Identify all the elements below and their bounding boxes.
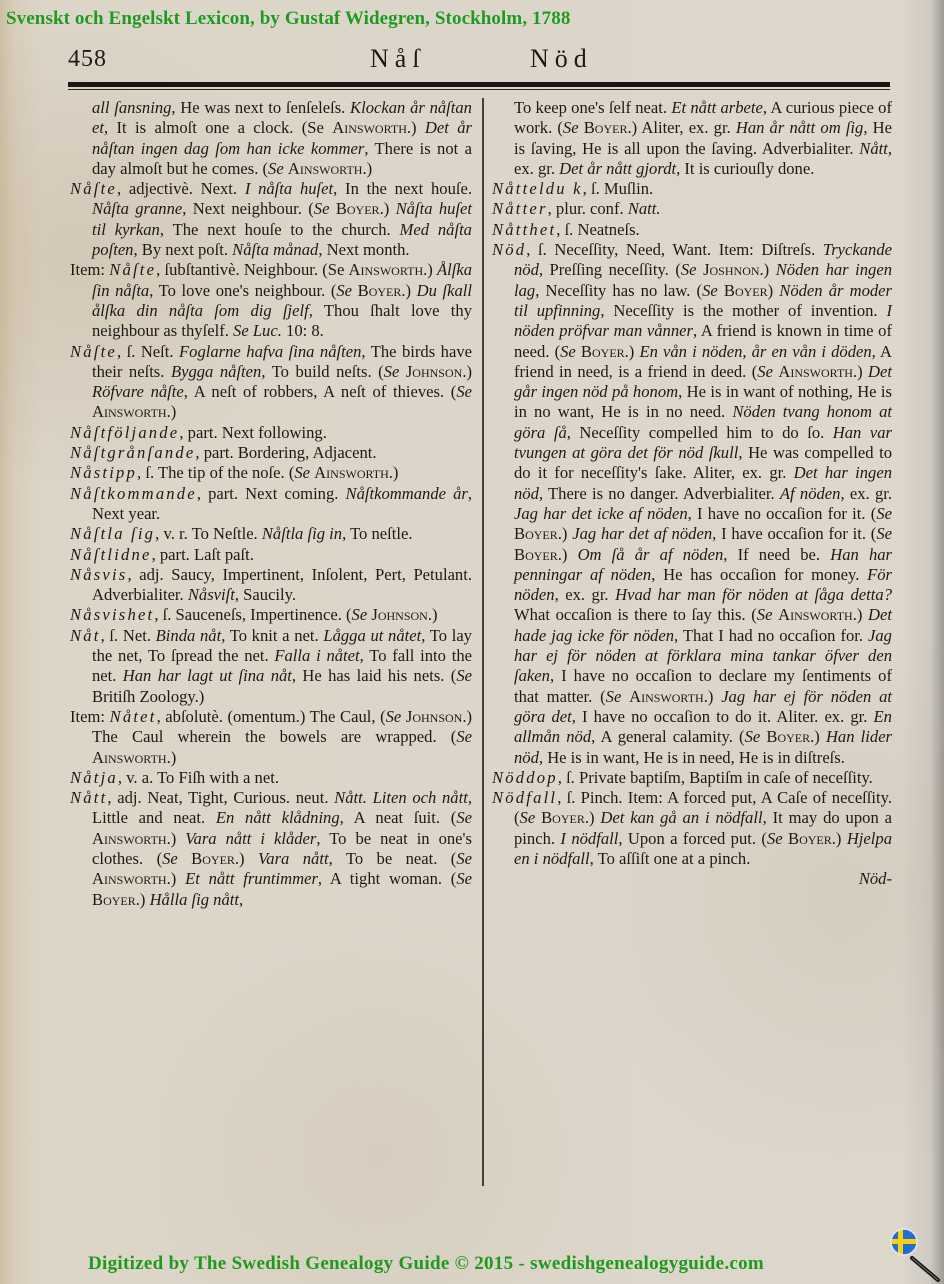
dictionary-entry: Nöddop, ſ. Private baptiſm, Baptiſm in c…: [492, 768, 892, 788]
gloss-text: , To aſſiſt one at a pinch.: [590, 849, 751, 868]
gloss-text: , It is almoſt one a clock. (Se: [104, 118, 332, 137]
source-banner: Svenskt och Engelskt Lexicon, by Gustaf …: [6, 8, 570, 30]
gloss-text: .): [810, 727, 826, 746]
gloss-text: , ſ. Sauceneſs, Impertinence. (: [154, 605, 351, 624]
dictionary-entry: Nått, adj. Neat, Tight, Curious. neut. N…: [70, 788, 472, 910]
gloss-text: , Next neighbour. (: [182, 199, 314, 218]
swedish-example: Om ſå år af nöden: [578, 545, 724, 564]
swedish-example: Se: [162, 849, 191, 868]
dictionary-entry: Nåsvishet, ſ. Sauceneſs, Impertinence. (…: [70, 605, 472, 625]
swedish-example: Han år nått om ſig: [736, 118, 864, 137]
gloss-text: , part. Next following.: [179, 423, 326, 442]
headword: Nått: [70, 788, 107, 807]
gloss-text: , ſ. Private baptiſm, Baptiſm in caſe of…: [558, 768, 873, 787]
source-citation: Boyer: [92, 890, 136, 909]
source-citation: Ainsworth: [332, 118, 407, 137]
digitized-footer: Digitized by The Swedish Genealogy Guide…: [88, 1253, 764, 1275]
swedish-example: Han har lagt ut ſina nåt: [123, 666, 292, 685]
swedish-example: Nåsviſt: [188, 585, 235, 604]
swedish-example: Foglarne hafva ſina nåſten: [179, 342, 361, 361]
source-citation: Ainsworth: [349, 260, 424, 279]
headword: Nödfall: [492, 788, 557, 807]
swedish-example: Se: [336, 281, 357, 300]
swedish-example: Nåſtla ſig in: [262, 524, 342, 543]
headword: Nåtteldu k: [492, 179, 583, 198]
swedish-example: Et nått arbete: [671, 98, 763, 117]
swedish-example: Binda nåt: [156, 626, 222, 645]
swedish-example: Det år nått gjordt: [559, 159, 676, 178]
swedish-example: Vara nått i klåder: [185, 829, 316, 848]
dictionary-entry: Nåſtgrånſande, part. Bordering, Adjacent…: [70, 443, 472, 463]
swedish-example: I nåſta huſet: [245, 179, 333, 198]
gloss-text: , He has laid his nets. (: [292, 666, 456, 685]
dictionary-entry: Nåtthet, ſ. Neatneſs.: [492, 220, 892, 240]
gloss-text: , If need be.: [723, 545, 830, 564]
source-citation: Boyer: [336, 199, 380, 218]
headword: Nåtter: [492, 199, 548, 218]
swedish-example: Lågga ut nåtet: [323, 626, 421, 645]
source-citation: Boyer: [788, 829, 832, 848]
gloss-text: , v. r. To Neſtle.: [155, 524, 262, 543]
headword: Nåſtkommande: [70, 484, 197, 503]
header-rule: [68, 82, 890, 93]
swedish-example: Se: [520, 808, 542, 827]
dictionary-entry: Nåt, ſ. Net. Binda nåt, To knit a net. L…: [70, 626, 472, 707]
headword: Nåſte: [70, 342, 117, 361]
swedish-example: all ſansning: [92, 98, 171, 117]
gloss-text: 10: 8.: [282, 321, 324, 340]
gloss-text: , ex. gr.: [555, 585, 616, 604]
gloss-text: , plur. conf.: [548, 199, 628, 218]
swedish-example: Se: [456, 849, 472, 868]
dictionary-entry: Item: Nåſte, ſubſtantivè. Neighbour. (Se…: [70, 260, 472, 341]
swedish-example: Det kan gå an i nödfall: [600, 808, 762, 827]
source-citation: Ainsworth: [288, 159, 363, 178]
swedish-example: En nått klådning: [216, 808, 340, 827]
gloss-text: , He was next to ſenſeleſs.: [171, 98, 350, 117]
dictionary-entry: Nåſtla ſig, v. r. To Neſtle. Nåſtla ſig …: [70, 524, 472, 544]
swedish-example: Se: [314, 199, 336, 218]
gloss-text: , To love one's neighbour. (: [149, 281, 336, 300]
headword: Nåt: [70, 626, 101, 645]
running-head: 458 Nåſ Nöd: [0, 42, 944, 82]
source-citation: Boyer: [724, 281, 768, 300]
gloss-text: , Upon a forced put. (: [618, 829, 767, 848]
gloss-text: , He has occaſion for money.: [651, 565, 867, 584]
gloss-text: , I have no occaſion to do it. Aliter. e…: [572, 707, 874, 726]
source-citation: Ainsworth: [778, 605, 853, 624]
gloss-text: Britiſh Zoology.): [92, 687, 204, 706]
headword: Nåſtföljande: [70, 423, 179, 442]
source-citation: Boyer: [358, 281, 402, 300]
gloss-text: , Saucily.: [235, 585, 296, 604]
headword: Nåtet: [110, 707, 157, 726]
source-citation: Ainsworth: [629, 687, 704, 706]
gloss-text: , To build neſts. (: [261, 362, 383, 381]
swedish-example: Nått. Liten och nått: [334, 788, 468, 807]
gloss-text: .): [167, 829, 186, 848]
item-prefix: Item:: [70, 707, 110, 726]
swedish-flag-magnifier-icon: [888, 1226, 944, 1282]
source-citation: Ainsworth: [778, 362, 853, 381]
gloss-text: , ſ. Neatneſs.: [556, 220, 639, 239]
entry-list: Nåſte, adjectivè. Next. I nåſta huſet, I…: [70, 179, 472, 910]
swedish-example: Nåſtkommande år: [346, 484, 468, 503]
swedish-example: Se: [384, 362, 406, 381]
dictionary-entry: Nåtteldu k, ſ. Muſlin.: [492, 179, 892, 199]
gloss-text: , ſ. Muſlin.: [583, 179, 654, 198]
gloss-text: ,: [239, 890, 243, 909]
gloss-text: , I have no occaſion for it. (: [688, 504, 877, 523]
headword: Nåtja: [70, 768, 118, 787]
gloss-text: .): [585, 808, 601, 827]
gloss-text: What occaſion is there to ſay this. (: [514, 605, 757, 624]
source-citation: Joshnon: [703, 260, 759, 279]
gloss-text: To keep one's ſelf neat.: [514, 98, 671, 117]
swedish-example: En vån i nöden, år en vån i döden: [639, 342, 871, 361]
gloss-text: , Preſſing neceſſity. (: [539, 260, 681, 279]
dictionary-entry: Nåſte, ſ. Neſt. Foglarne hafva ſina nåſt…: [70, 342, 472, 423]
swedish-example: Jag har det af nöden: [572, 524, 712, 543]
swedish-example: Se: [456, 666, 472, 685]
source-citation: Ainsworth: [92, 402, 167, 421]
dictionary-entry: Item: Nåtet, abſolutè. (omentum.) The Ca…: [70, 707, 472, 768]
gloss-text: , part. Laſt paſt.: [152, 545, 254, 564]
gloss-text: , abſolutè. (omentum.) The Caul, (: [157, 707, 386, 726]
gloss-text: , Neceſſity compelled him to do ſo.: [567, 423, 833, 442]
gloss-text: , By next poſt.: [133, 240, 232, 259]
gloss-text: , v. a. To Fiſh with a net.: [118, 768, 279, 787]
page-number: 458: [68, 46, 107, 73]
gloss-text: , A neſt of robbers, A neſt of thieves. …: [184, 382, 457, 401]
gloss-text: .): [401, 281, 416, 300]
gloss-text: .): [362, 159, 372, 178]
source-citation: Boyer: [766, 727, 810, 746]
headword: Nåſte: [109, 260, 156, 279]
gloss-text: , He is in want, He is in need, He is in…: [539, 748, 845, 767]
gloss-text: , ſ. Neſt.: [117, 342, 179, 361]
gloss-text: , To be neat. (: [329, 849, 457, 868]
swedish-example: Se: [268, 159, 288, 178]
headword: Nåstipp: [70, 463, 137, 482]
source-citation: Ainsworth: [92, 748, 167, 767]
dictionary-entry: Nåsvis, adj. Saucy, Impertinent, Inſolen…: [70, 565, 472, 606]
gloss-text: , It is curiouſly done.: [676, 159, 814, 178]
gloss-text: .): [423, 260, 437, 279]
swedish-example: Se: [294, 463, 314, 482]
gloss-text: , I have occaſion for it. (: [712, 524, 876, 543]
swedish-example: Bygga nåſten: [171, 362, 261, 381]
swedish-example: Se: [386, 707, 406, 726]
gloss-text: .): [167, 748, 177, 767]
source-citation: Boyer: [584, 118, 628, 137]
swedish-example: Nått: [859, 139, 888, 158]
gloss-text: , There is no danger. Adverbialiter.: [539, 484, 780, 503]
gloss-text: , adj. Neat, Tight, Curious. neut.: [107, 788, 334, 807]
gloss-text: .): [167, 402, 177, 421]
source-citation: Boyer: [581, 342, 625, 361]
swedish-example: Se: [702, 281, 724, 300]
swedish-example: Se: [563, 118, 584, 137]
swedish-example: Se: [456, 727, 472, 746]
dictionary-entry: Nåstipp, ſ. The tip of the noſe. (Se Ain…: [70, 463, 472, 483]
swedish-example: Se: [757, 362, 778, 381]
swedish-example: Se: [352, 605, 372, 624]
continuation-text: all ſansning, He was next to ſenſeleſs. …: [70, 98, 472, 179]
source-citation: Ainsworth: [92, 829, 167, 848]
gloss-text: , ſ. The tip of the noſe. (: [137, 463, 294, 482]
gloss-text: .): [853, 605, 868, 624]
headword: Nåſte: [70, 179, 117, 198]
gloss-text: .): [558, 524, 572, 543]
headword: Nåſtlidne: [70, 545, 152, 564]
source-citation: Johnson: [406, 707, 462, 726]
swedish-example: Se: [456, 869, 472, 888]
source-citation: Ainsworth: [92, 869, 167, 888]
swedish-example: Hvad har man för nöden at ſåga detta?: [615, 585, 892, 604]
swedish-example: Se: [606, 687, 629, 706]
gloss-text: , To knit a net.: [221, 626, 323, 645]
swedish-example: Et nått fruntimmer: [185, 869, 318, 888]
swedish-example: I nödfall: [560, 829, 618, 848]
gloss-text: ): [768, 281, 780, 300]
gloss-text: .): [558, 545, 578, 564]
swedish-example: Se: [456, 808, 472, 827]
source-citation: Johnson: [406, 362, 462, 381]
gloss-text: , ex. gr.: [840, 484, 892, 503]
gloss-text: , The next houſe to the church.: [160, 220, 400, 239]
guide-word-left: Nåſ: [370, 44, 426, 74]
gloss-text: , A neat ſuit. (: [340, 808, 457, 827]
gloss-text: , Neceſſity has no law. (: [535, 281, 702, 300]
gloss-text: .): [760, 260, 776, 279]
gloss-text: , A general calamity. (: [591, 727, 744, 746]
gloss-text: .): [625, 342, 640, 361]
swedish-example: Se: [876, 504, 892, 523]
swedish-example: Nåſta månad: [232, 240, 318, 259]
item-prefix: Item:: [70, 260, 109, 279]
gloss-text: .): [853, 362, 868, 381]
source-citation: Boyer: [514, 545, 558, 564]
headword: Nåsvis: [70, 565, 127, 584]
dictionary-entry: Nöd, ſ. Neceſſity, Need, Want. Item: Diſ…: [492, 240, 892, 768]
headword: Nåsvishet: [70, 605, 154, 624]
dictionary-entry: Nödfall, ſ. Pinch. Item: A forced put, A…: [492, 788, 892, 869]
entry-list: Nåtteldu k, ſ. Muſlin.Nåtter, plur. conf…: [492, 179, 892, 869]
dictionary-entry: Nåſte, adjectivè. Next. I nåſta huſet, I…: [70, 179, 472, 260]
headword: Nåſtgrånſande: [70, 443, 195, 462]
gloss-text: .) Aliter, ex. gr.: [627, 118, 735, 137]
gloss-text: .): [462, 362, 472, 381]
source-citation: Boyer: [514, 524, 558, 543]
gloss-text: , part. Next coming.: [197, 484, 346, 503]
gloss-text: .): [389, 463, 399, 482]
gloss-text: , In the next houſe.: [333, 179, 472, 198]
gloss-text: .): [136, 890, 150, 909]
swedish-example: Af nöden: [780, 484, 841, 503]
left-column: all ſansning, He was next to ſenſeleſs. …: [70, 98, 472, 910]
swedish-example: Falla i nåtet: [274, 646, 359, 665]
gloss-text: , ſ. Net.: [101, 626, 156, 645]
source-citation: Boyer: [541, 808, 585, 827]
swedish-example: Natt.: [628, 199, 661, 218]
headword: Nåſtla ſig: [70, 524, 155, 543]
gloss-text: , part. Bordering, Adjacent.: [195, 443, 376, 462]
source-citation: Johnson: [371, 605, 427, 624]
dictionary-entry: Nåtja, v. a. To Fiſh with a net.: [70, 768, 472, 788]
swedish-example: Nåſta granne: [92, 199, 182, 218]
gloss-text: .): [832, 829, 847, 848]
swedish-example: Jag har det icke af nöden: [514, 504, 688, 523]
dictionary-entry: Nåſtlidne, part. Laſt paſt.: [70, 545, 472, 565]
dictionary-entry: Nåſtföljande, part. Next following.: [70, 423, 472, 443]
gloss-text: .): [704, 687, 721, 706]
swedish-example: Se: [560, 342, 581, 361]
headword: Nöd: [492, 240, 526, 259]
source-citation: Boyer: [191, 849, 235, 868]
swedish-example: Se: [681, 260, 703, 279]
gloss-text: , Next month.: [318, 240, 409, 259]
gloss-text: .): [235, 849, 258, 868]
swedish-example: Se Luc.: [233, 321, 282, 340]
swedish-example: Se: [767, 829, 788, 848]
catchword: Nöd-: [492, 869, 892, 889]
headword: Nåtthet: [492, 220, 556, 239]
swedish-example: Se: [745, 727, 767, 746]
gloss-text: , To neſtle.: [342, 524, 412, 543]
gloss-text: , ſ. Neceſſity, Need, Want. Item: Diſtre…: [526, 240, 823, 259]
swedish-example: Se: [876, 524, 892, 543]
swedish-example: Röfvare nåſte: [92, 382, 184, 401]
gloss-text: , A tight woman. (: [318, 869, 456, 888]
source-citation: Ainsworth: [314, 463, 389, 482]
swedish-example: Se: [456, 382, 472, 401]
swedish-example: Vara nått: [258, 849, 329, 868]
column-divider: [482, 98, 484, 1186]
swedish-example: Se: [757, 605, 778, 624]
continuation-text: To keep one's ſelf neat. Et nått arbete,…: [492, 98, 892, 179]
right-column: To keep one's ſelf neat. Et nått arbete,…: [492, 98, 892, 906]
swedish-example: Hålla ſig nått: [150, 890, 239, 909]
guide-word-right: Nöd: [530, 44, 593, 74]
headword: Nöddop: [492, 768, 558, 787]
dictionary-entry: Nåſtkommande, part. Next coming. Nåſtkom…: [70, 484, 472, 525]
gloss-text: , adjectivè. Next.: [117, 179, 245, 198]
gloss-text: .): [380, 199, 396, 218]
gloss-text: .): [167, 869, 185, 888]
gloss-text: , Neceſſity is the mother of invention.: [600, 301, 886, 320]
gloss-text: , ſubſtantivè. Neighbour. (Se: [156, 260, 348, 279]
gloss-text: , That I had no occaſion for.: [674, 626, 868, 645]
dictionary-entry: Nåtter, plur. conf. Natt.: [492, 199, 892, 219]
gloss-text: .): [428, 605, 438, 624]
gloss-text: .): [407, 118, 425, 137]
